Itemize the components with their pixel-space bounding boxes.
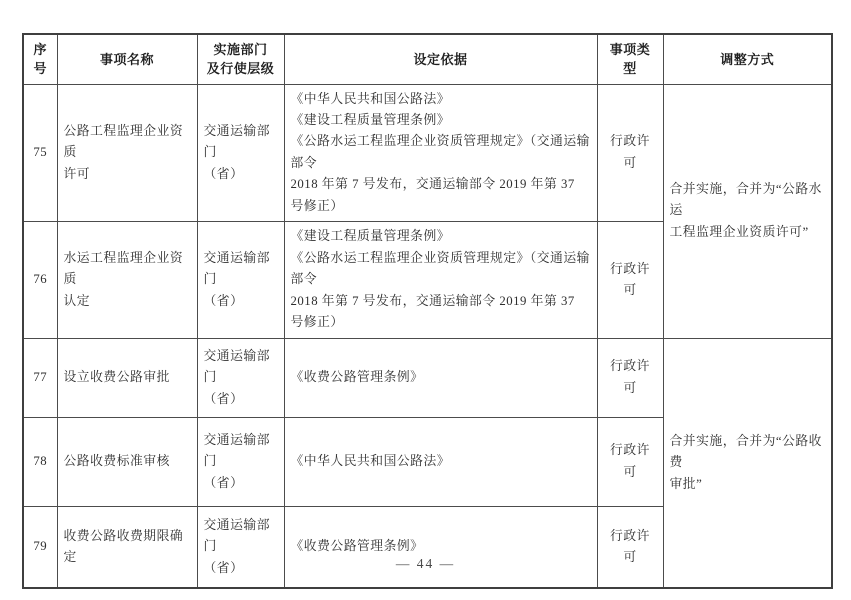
cell-index: 77 — [23, 338, 57, 417]
cell-department: 交通运输部门 （省） — [197, 84, 284, 222]
cell-basis: 《中华人民共和国公路法》 《建设工程质量管理条例》 《公路水运工程监理企业资质管… — [284, 84, 597, 222]
cell-type: 行政许可 — [597, 417, 663, 506]
cell-index: 76 — [23, 222, 57, 338]
cell-type: 行政许可 — [597, 222, 663, 338]
cell-index: 75 — [23, 84, 57, 222]
cell-adjustment-merged-75-76: 合并实施，合并为“公路水运 工程监理企业资质许可” — [663, 84, 832, 338]
page-number: — 44 — — [0, 556, 851, 572]
cell-adjustment-merged-77-79: 合并实施，合并为“公路收费 审批” — [663, 338, 832, 588]
cell-item-name: 水运工程监理企业资质 认定 — [57, 222, 197, 338]
header-basis: 设定依据 — [284, 34, 597, 84]
cell-basis: 《中华人民共和国公路法》 — [284, 417, 597, 506]
cell-basis: 《收费公路管理条例》 — [284, 338, 597, 417]
cell-department: 交通运输部门 （省） — [197, 222, 284, 338]
cell-index: 79 — [23, 506, 57, 588]
header-index: 序 号 — [23, 34, 57, 84]
cell-item-name: 设立收费公路审批 — [57, 338, 197, 417]
cell-department: 交通运输部门 （省） — [197, 506, 284, 588]
header-item-name: 事项名称 — [57, 34, 197, 84]
cell-item-name: 公路收费标准审核 — [57, 417, 197, 506]
header-adjustment: 调整方式 — [663, 34, 832, 84]
cell-department: 交通运输部门 （省） — [197, 338, 284, 417]
cell-item-name: 收费公路收费期限确定 — [57, 506, 197, 588]
cell-type: 行政许可 — [597, 338, 663, 417]
cell-type: 行政许可 — [597, 506, 663, 588]
cell-index: 78 — [23, 417, 57, 506]
header-row: 序 号 事项名称 实施部门 及行使层级 设定依据 事项类型 调整方式 — [23, 34, 832, 84]
table-row-75: 75 公路工程监理企业资质 许可 交通运输部门 （省） 《中华人民共和国公路法》… — [23, 84, 832, 222]
approval-items-table: 序 号 事项名称 实施部门 及行使层级 设定依据 事项类型 调整方式 75 公路… — [22, 33, 833, 589]
cell-item-name: 公路工程监理企业资质 许可 — [57, 84, 197, 222]
cell-type: 行政许可 — [597, 84, 663, 222]
document-page: 序 号 事项名称 实施部门 及行使层级 设定依据 事项类型 调整方式 75 公路… — [0, 0, 851, 600]
cell-department: 交通运输部门 （省） — [197, 417, 284, 506]
header-type: 事项类型 — [597, 34, 663, 84]
header-department: 实施部门 及行使层级 — [197, 34, 284, 84]
table-row-77: 77 设立收费公路审批 交通运输部门 （省） 《收费公路管理条例》 行政许可 合… — [23, 338, 832, 417]
cell-basis: 《建设工程质量管理条例》 《公路水运工程监理企业资质管理规定》（交通运输部令 2… — [284, 222, 597, 338]
cell-basis: 《收费公路管理条例》 — [284, 506, 597, 588]
